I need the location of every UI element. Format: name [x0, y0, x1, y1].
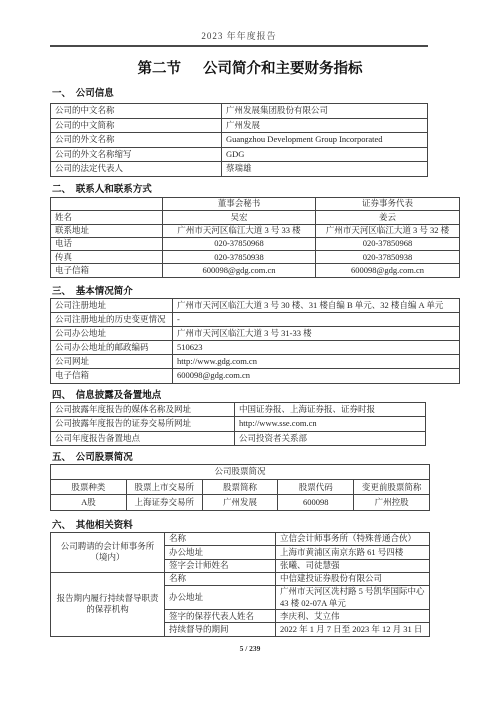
row-label: 签字会计师姓名: [165, 559, 276, 572]
row-value: Guangzhou Development Group Incorporated: [222, 133, 428, 148]
row-label: 名称: [165, 533, 276, 546]
table-row: 公司办公地址的邮政编码 510623: [51, 341, 460, 355]
row-value: 600098@gdg.com.cn: [173, 369, 460, 383]
row-label: 公司注册地址: [51, 299, 173, 313]
row-label: 公司注册地址的历史变更情况: [51, 313, 173, 327]
table-row: 电子信箱 600098@gdg.com.cn 600098@gdg.com.cn: [51, 264, 460, 277]
row-label: 公司的中文简称: [51, 118, 222, 133]
table-row: 公司注册地址的历史变更情况 -: [51, 313, 460, 327]
table-row: 联系地址 广州市天河区临江大道 3 号 33 楼 广州市天河区临江大道 3 号 …: [51, 224, 460, 237]
row-value: 广州发展: [222, 118, 428, 133]
row-value: 李庆利、艾立伟: [276, 610, 430, 623]
row-value: 张曦、司徒慧强: [276, 559, 430, 572]
row-label: 公司年度报告备置地点: [51, 431, 235, 445]
row-value: 立信会计师事务所（特殊普通合伙）: [276, 533, 430, 546]
stock-former-name: 广州控股: [354, 495, 430, 510]
row-value: 广州发展集团股份有限公司: [222, 104, 428, 119]
section-heading-other: 六、 其他相关资料: [52, 520, 133, 532]
row-value: 上海市黄浦区南京东路 61 号四楼: [276, 546, 430, 559]
section-heading-contacts: 二、 联系人和联系方式: [52, 184, 152, 196]
section-heading-company-info: 一、 公司信息: [52, 88, 114, 100]
table-row: 传真 020-37850938 020-37850938: [51, 251, 460, 264]
stock-table: 公司股票简况 股票种类 股票上市交易所 股票简称 股票代码 变更前股票简称 A股…: [50, 464, 430, 511]
representative-value: 600098@gdg.com.cn: [316, 264, 460, 277]
table-title-row: 公司股票简况: [51, 465, 430, 480]
representative-value: 广州市天河区临江大道 3 号 32 楼: [316, 224, 460, 237]
stock-short-name: 广州发展: [202, 495, 278, 510]
row-value: 广州市天河区冼村路 5 号凯华国际中心 43 楼 02-07A 单元: [276, 586, 430, 610]
stock-exchange: 上海证券交易所: [126, 495, 202, 510]
table-row: 公司注册地址 广州市天河区临江大道 3 号 30 楼、31 楼自编 B 单元、3…: [51, 299, 460, 313]
row-label: 公司办公地址: [51, 327, 173, 341]
row-value: 中信建投证券股份有限公司: [276, 572, 430, 585]
row-label: 联系地址: [51, 224, 163, 237]
page-title: 第二节公司简介和主要财务指标: [0, 57, 500, 78]
row-value: 公司投资者关系部: [235, 431, 426, 445]
page-number: 5 / 239: [0, 644, 500, 653]
secretary-value: 020-37850938: [163, 251, 316, 264]
row-label: 传真: [51, 251, 163, 264]
row-label: 办公地址: [165, 586, 276, 610]
row-label: 办公地址: [165, 546, 276, 559]
row-value: -: [173, 313, 460, 327]
column-header: 股票简称: [202, 480, 278, 495]
row-value: GDG: [222, 147, 428, 162]
table-row: 公司的外文名称缩写 GDG: [51, 147, 428, 162]
secretary-value: 020-37850968: [163, 237, 316, 250]
table-row: 公司的中文名称 广州发展集团股份有限公司: [51, 104, 428, 119]
row-label: 电子信箱: [51, 369, 173, 383]
table-row: A股 上海证券交易所 广州发展 600098 广州控股: [51, 495, 430, 510]
row-label: 公司的中文名称: [51, 104, 222, 119]
page-title-section-number: 第二节: [138, 61, 182, 77]
row-value: 中国证券报、上海证券报、证券时报: [235, 403, 426, 417]
row-value: 广州市天河区临江大道 3 号 31-33 楼: [173, 327, 460, 341]
group-label-accounting-firm: 公司聘请的会计师事务所（境内）: [51, 533, 165, 573]
row-label: 公司的外文名称: [51, 133, 222, 148]
row-value: http://www.sse.com.cn: [235, 417, 426, 431]
contacts-table: 董事会秘书 证券事务代表 姓名 吴宏 姜云 联系地址 广州市天河区临江大道 3 …: [50, 197, 460, 278]
stock-type: A股: [51, 495, 127, 510]
company-info-table: 公司的中文名称 广州发展集团股份有限公司 公司的中文简称 广州发展 公司的外文名…: [50, 103, 428, 177]
group-label-sponsor: 报告期内履行持续督导职责的保荐机构: [51, 572, 165, 636]
column-header: 证券事务代表: [316, 198, 460, 211]
column-header: 董事会秘书: [163, 198, 316, 211]
representative-value: 020-37850968: [316, 237, 460, 250]
secretary-value: 广州市天河区临江大道 3 号 33 楼: [163, 224, 316, 237]
row-label: 持续督导的期间: [165, 623, 276, 636]
header-divider: [50, 45, 428, 47]
table-row: 公司的法定代表人 蔡瑞雄: [51, 162, 428, 177]
report-header: 2023 年年度报告: [50, 29, 428, 42]
table-row: 公司的外文名称 Guangzhou Development Group Inco…: [51, 133, 428, 148]
row-label: 公司的外文名称缩写: [51, 147, 222, 162]
table-row: 电话 020-37850968 020-37850968: [51, 237, 460, 250]
table-row: 公司披露年度报告的证券交易所网址 http://www.sse.com.cn: [51, 417, 426, 431]
row-label: 电子信箱: [51, 264, 163, 277]
disclosure-table: 公司披露年度报告的媒体名称及网址 中国证券报、上海证券报、证券时报 公司披露年度…: [50, 402, 426, 446]
row-label: 电话: [51, 237, 163, 250]
column-header: 股票上市交易所: [126, 480, 202, 495]
empty-header-cell: [51, 198, 163, 211]
table-header-row: 董事会秘书 证券事务代表: [51, 198, 460, 211]
table-row: 公司披露年度报告的媒体名称及网址 中国证券报、上海证券报、证券时报: [51, 403, 426, 417]
row-label: 公司网址: [51, 355, 173, 369]
basic-info-table: 公司注册地址 广州市天河区临江大道 3 号 30 楼、31 楼自编 B 单元、3…: [50, 298, 460, 384]
row-label: 公司办公地址的邮政编码: [51, 341, 173, 355]
row-value: 2022 年 1 月 7 日至 2023 年 12 月 31 日: [276, 623, 430, 636]
representative-value: 姜云: [316, 211, 460, 224]
annual-report-page: 2023 年年度报告 第二节公司简介和主要财务指标 一、 公司信息 公司的中文名…: [0, 0, 500, 707]
row-value: http://www.gdg.com.cn: [173, 355, 460, 369]
row-label: 姓名: [51, 211, 163, 224]
table-row: 公司年度报告备置地点 公司投资者关系部: [51, 431, 426, 445]
page-title-text: 公司简介和主要财务指标: [203, 61, 363, 77]
secretary-value: 吴宏: [163, 211, 316, 224]
table-header-row: 股票种类 股票上市交易所 股票简称 股票代码 变更前股票简称: [51, 480, 430, 495]
section-heading-stock: 五、 公司股票简况: [52, 452, 133, 464]
table-row: 公司办公地址 广州市天河区临江大道 3 号 31-33 楼: [51, 327, 460, 341]
other-info-table: 公司聘请的会计师事务所（境内） 名称 立信会计师事务所（特殊普通合伙） 办公地址…: [50, 532, 430, 637]
row-label: 公司披露年度报告的媒体名称及网址: [51, 403, 235, 417]
row-label: 签字的保荐代表人姓名: [165, 610, 276, 623]
stock-code: 600098: [278, 495, 354, 510]
column-header: 股票种类: [51, 480, 127, 495]
secretary-value: 600098@gdg.com.cn: [163, 264, 316, 277]
table-row: 姓名 吴宏 姜云: [51, 211, 460, 224]
column-header: 股票代码: [278, 480, 354, 495]
table-row: 公司的中文简称 广州发展: [51, 118, 428, 133]
table-row: 公司网址 http://www.gdg.com.cn: [51, 355, 460, 369]
table-row: 报告期内履行持续督导职责的保荐机构 名称 中信建投证券股份有限公司: [51, 572, 430, 585]
table-row: 公司聘请的会计师事务所（境内） 名称 立信会计师事务所（特殊普通合伙）: [51, 533, 430, 546]
row-label: 公司披露年度报告的证券交易所网址: [51, 417, 235, 431]
table-row: 电子信箱 600098@gdg.com.cn: [51, 369, 460, 383]
row-label: 公司的法定代表人: [51, 162, 222, 177]
section-heading-disclosure: 四、 信息披露及备置地点: [52, 390, 161, 402]
column-header: 变更前股票简称: [354, 480, 430, 495]
row-value: 广州市天河区临江大道 3 号 30 楼、31 楼自编 B 单元、32 楼自编 A…: [173, 299, 460, 313]
row-value: 蔡瑞雄: [222, 162, 428, 177]
stock-table-title: 公司股票简况: [51, 465, 430, 480]
section-heading-basic-info: 三、 基本情况简介: [52, 286, 133, 298]
representative-value: 020-37850938: [316, 251, 460, 264]
row-value: 510623: [173, 341, 460, 355]
row-label: 名称: [165, 572, 276, 585]
